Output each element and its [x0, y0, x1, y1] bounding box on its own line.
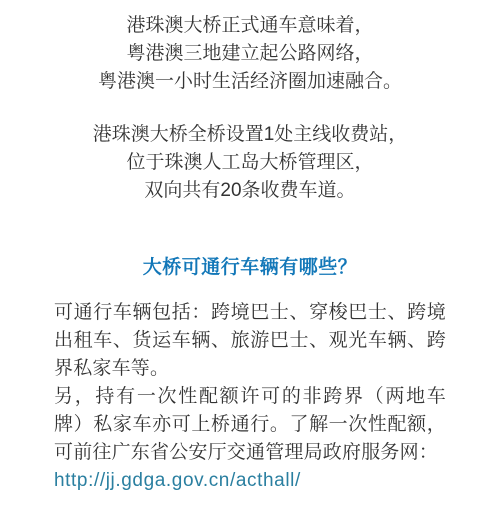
toll-line-3: 双向共有20条收费车道。	[34, 177, 466, 205]
article-page: 港珠澳大桥正式通车意味着， 粤港澳三地建立起公路网络， 粤港澳一小时生活经济圈加…	[0, 0, 500, 515]
intro-line-2: 粤港澳三地建立起公路网络，	[34, 40, 466, 68]
intro-line-3: 粤港澳一小时生活经济圈加速融合。	[34, 68, 466, 96]
intro-paragraph: 港珠澳大桥正式通车意味着， 粤港澳三地建立起公路网络， 粤港澳一小时生活经济圈加…	[34, 12, 466, 96]
intro-line-1: 港珠澳大桥正式通车意味着，	[34, 12, 466, 40]
toll-station-paragraph: 港珠澳大桥全桥设置1处主线收费站， 位于珠澳人工岛大桥管理区， 双向共有20条收…	[34, 121, 466, 205]
toll-line-2: 位于珠澳人工岛大桥管理区，	[34, 149, 466, 177]
section-heading: 大桥可通行车辆有哪些？	[54, 254, 446, 282]
permitted-vehicles-paragraph: 可通行车辆包括：跨境巴士、穿梭巴士、跨境出租车、货运车辆、旅游巴士、观光车辆、跨…	[54, 299, 446, 383]
toll-line-1: 港珠澳大桥全桥设置1处主线收费站，	[34, 121, 466, 149]
gdga-service-link[interactable]: http://jj.gdga.gov.cn/acthall/	[54, 467, 446, 495]
quota-info-paragraph: 另，持有一次性配额许可的非跨界（两地车牌）私家车亦可上桥通行。了解一次性配额，可…	[54, 383, 446, 467]
